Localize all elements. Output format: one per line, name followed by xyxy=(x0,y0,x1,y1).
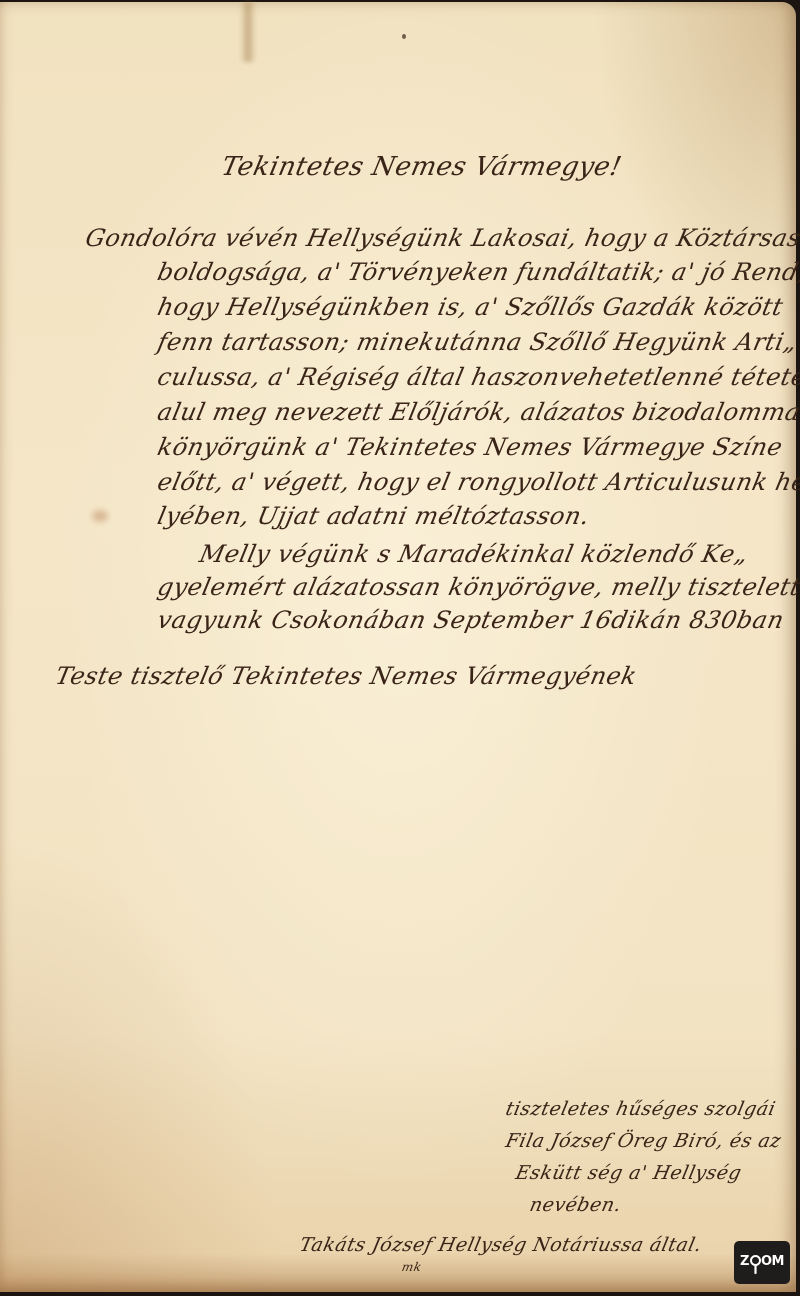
body-line: könyörgünk a' Tekintetes Nemes Vármegye … xyxy=(155,433,785,461)
signature-line: nevében. xyxy=(528,1194,624,1216)
salutation: Tekintetes Nemes Vármegye! xyxy=(219,152,625,182)
body-line: alul meg nevezett Előljárók, alázatos bi… xyxy=(155,398,800,426)
body-line: fenn tartasson; minekutánna Szőllő Hegyü… xyxy=(155,328,800,356)
notary-line: Takáts József Hellység Notáriussa által. xyxy=(298,1234,704,1256)
svg-text:OM: OM xyxy=(761,1254,784,1269)
paper-crease xyxy=(240,2,256,62)
closing-line: vagyunk Csokonában September 16dikán 830… xyxy=(155,606,787,634)
closing-line: gyelemért alázatossan könyörögve, melly … xyxy=(155,573,800,601)
zoom-watermark[interactable]: Z OM xyxy=(734,1241,790,1284)
body-line: hogy Hellységünkben is, a' Szőllős Gazdá… xyxy=(155,293,786,321)
body-line: culussa, a' Régiség által haszonvehetetl… xyxy=(155,363,800,391)
body-line: lyében, Ujjat adatni méltóztasson. xyxy=(155,502,592,530)
closing-line: Melly végünk s Maradékinkal közlendő Ke„ xyxy=(197,540,751,568)
address-line: Teste tisztelő Tekintetes Nemes Vármegyé… xyxy=(53,662,639,690)
body-line: előtt, a' végett, hogy el rongyollott Ar… xyxy=(155,468,800,496)
notary-abbrev: mk xyxy=(401,1260,424,1274)
letter-page: Tekintetes Nemes Vármegye! Gondolóra vév… xyxy=(0,2,796,1292)
magnifier-icon: Z OM xyxy=(740,1251,784,1275)
body-line: Gondolóra vévén Hellységünk Lakosai, hog… xyxy=(83,224,800,252)
signature-line: tiszteletes hűséges szolgái xyxy=(504,1098,778,1120)
svg-text:Z: Z xyxy=(740,1254,749,1269)
signature-line: Fila József Öreg Biró, és az xyxy=(504,1130,784,1152)
ink-stain xyxy=(402,34,406,39)
body-line: boldogsága, a' Törvényeken fundáltatik; … xyxy=(155,258,800,286)
signature-line: Eskütt ség a' Hellység xyxy=(514,1162,744,1184)
ink-stain xyxy=(92,510,108,522)
